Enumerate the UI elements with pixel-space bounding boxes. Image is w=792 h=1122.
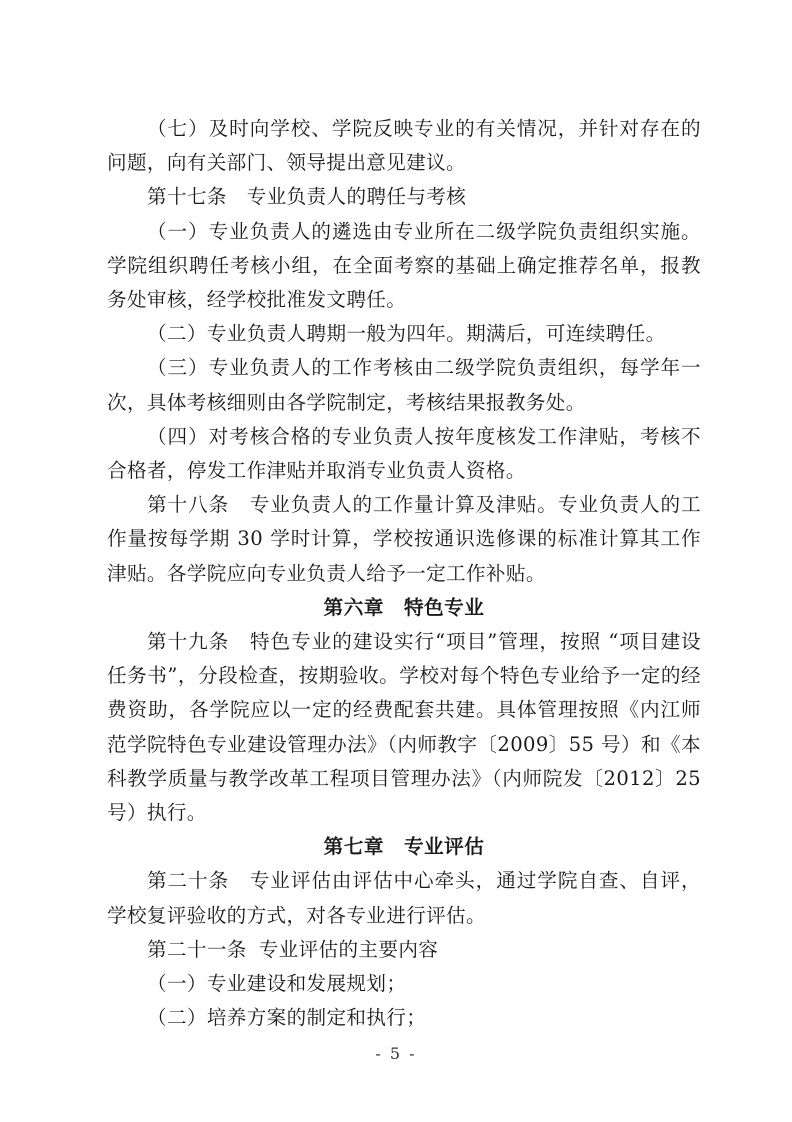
article-18: 第十八条专业负责人的工作量计算及津贴。专业负责人的工作量按每学期 30 学时计算… (107, 488, 701, 591)
article-head: 第十九条 (147, 630, 229, 653)
article-head: 第二十一条 (147, 938, 247, 961)
chapter-number: 第七章 (324, 835, 384, 858)
paragraph-item-7: （七）及时向学校、学院反映专业的有关情况，并针对存在的问题，向有关部门、领导提出… (107, 112, 701, 180)
article-head: 第二十条 (147, 869, 229, 892)
chapter-7-heading: 第七章专业评估 (107, 830, 701, 864)
article-19: 第十九条特色专业的建设实行“项目”管理，按照 “项目建设任务书”，分段检查，按期… (107, 625, 701, 830)
article-17: 第十七条专业负责人的聘任与考核 (107, 180, 701, 214)
chapter-title: 专业评估 (404, 835, 484, 858)
page-number: - 5 - (0, 1044, 792, 1063)
chapter-title: 特色专业 (404, 596, 484, 619)
article-text: 专业评估的主要内容 (259, 938, 439, 961)
article-21: 第二十一条专业评估的主要内容 (107, 933, 701, 967)
subitem-1: （一）专业建设和发展规划； (107, 967, 701, 1001)
article-head: 第十七条 (147, 185, 227, 208)
paragraph-item-2: （二）专业负责人聘期一般为四年。期满后，可连续聘任。 (107, 317, 701, 351)
article-20: 第二十条专业评估由评估中心牵头，通过学院自查、自评，学校复评验收的方式，对各专业… (107, 864, 701, 932)
article-head: 第十八条 (147, 493, 229, 516)
paragraph-item-1: （一）专业负责人的遴选由专业所在二级学院负责组织实施。学院组织聘任考核小组，在全… (107, 215, 701, 318)
chapter-6-heading: 第六章特色专业 (107, 591, 701, 625)
document-page: （七）及时向学校、学院反映专业的有关情况，并针对存在的问题，向有关部门、领导提出… (107, 112, 701, 1035)
subitem-2: （二）培养方案的制定和执行； (107, 1001, 701, 1035)
article-text: 特色专业的建设实行“项目”管理，按照 “项目建设任务书”，分段检查，按期验收。学… (107, 630, 701, 824)
paragraph-item-3: （三）专业负责人的工作考核由二级学院负责组织，每学年一次，具体考核细则由各学院制… (107, 351, 701, 419)
chapter-number: 第六章 (324, 596, 384, 619)
paragraph-item-4: （四）对考核合格的专业负责人按年度核发工作津贴，考核不合格者，停发工作津贴并取消… (107, 420, 701, 488)
article-text: 专业负责人的聘任与考核 (247, 185, 466, 208)
